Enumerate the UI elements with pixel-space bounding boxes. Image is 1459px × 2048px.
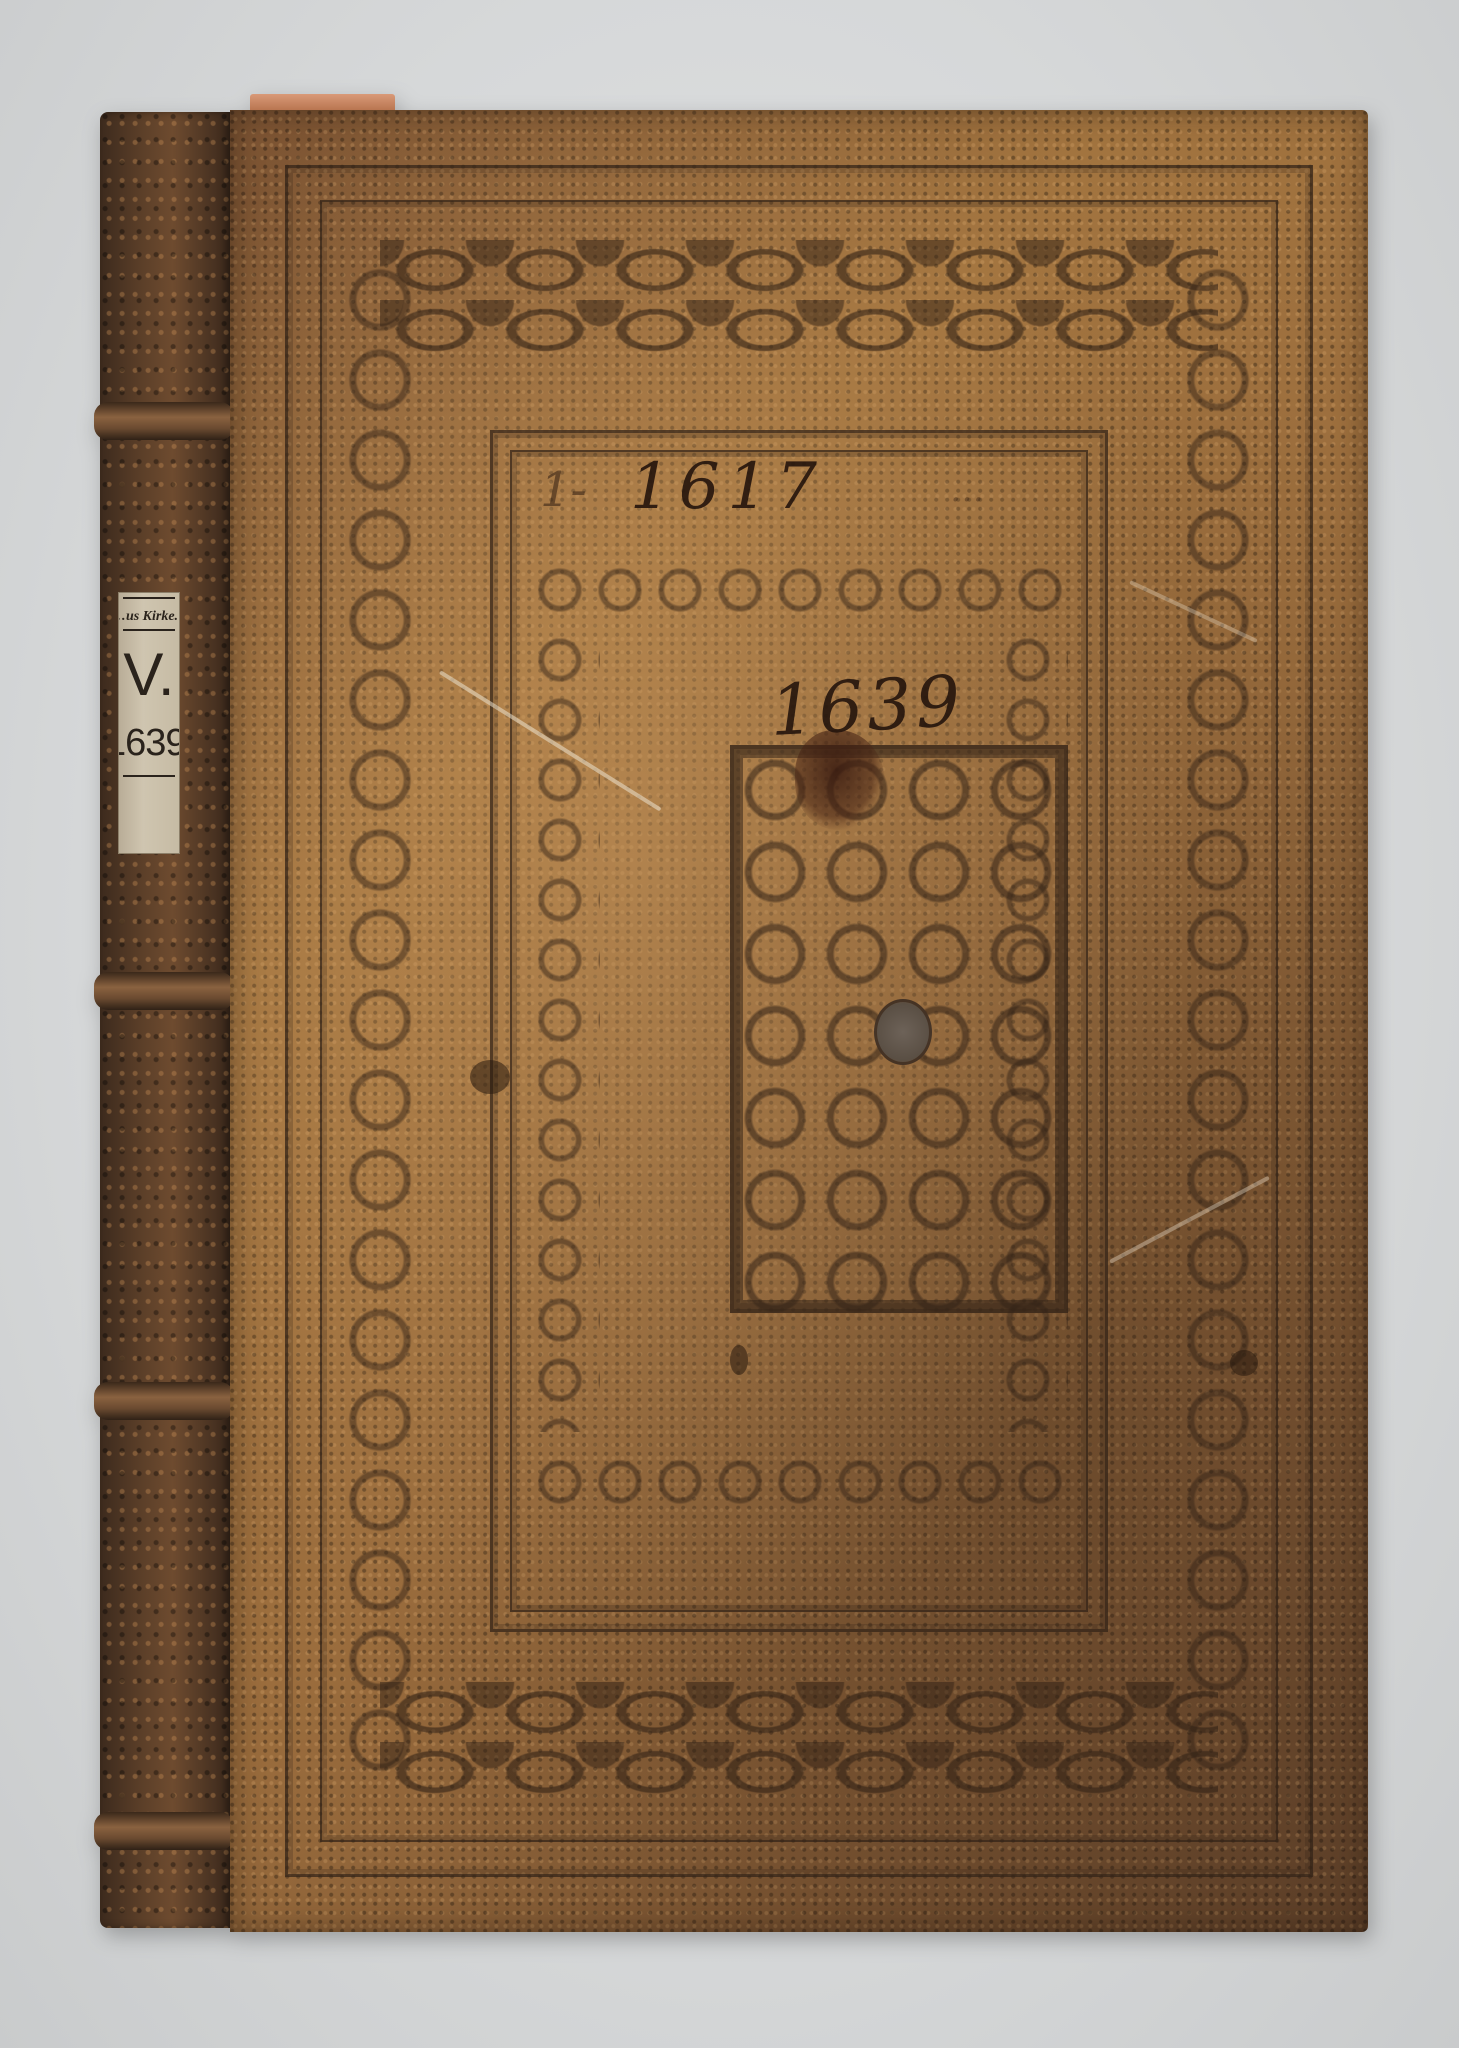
front-cover: 1- 1617 … 1639 [230, 110, 1368, 1932]
spine-raised-band [94, 1382, 234, 1420]
spine-raised-band [94, 1812, 234, 1850]
top-ornament-band [380, 240, 1218, 360]
spine-label-year: 1639. [118, 715, 179, 771]
inner-scroll-band-bottom [530, 1452, 1068, 1512]
book-spine: …us Kirke. V. 1639. [100, 112, 232, 1928]
spine-label-volume: V. [119, 635, 179, 715]
spine-label: …us Kirke. V. 1639. [118, 592, 180, 854]
book: …us Kirke. V. 1639. 1- 1617 … [100, 110, 1368, 1932]
spine-label-name: …us Kirke. [118, 609, 179, 625]
inscription-suffix: … [950, 470, 984, 510]
center-panel [730, 745, 1068, 1313]
label-rule [123, 597, 175, 599]
stain [470, 1060, 510, 1094]
left-ornament-column [340, 260, 420, 1782]
label-rule [123, 775, 175, 777]
spine-raised-band [94, 972, 234, 1010]
inner-scroll-band-top [530, 560, 1068, 620]
spine-raised-band [94, 402, 234, 440]
bottom-ornament-band [380, 1682, 1218, 1802]
stain [730, 1345, 748, 1375]
center-boss [874, 999, 932, 1065]
inscription-year-1617: 1617 [630, 450, 825, 524]
inscription-prefix: 1- [540, 462, 587, 518]
inscription-year-1639: 1639 [768, 660, 966, 752]
stain [1230, 1350, 1258, 1376]
label-rule [123, 629, 175, 631]
right-ornament-column [1178, 260, 1258, 1782]
